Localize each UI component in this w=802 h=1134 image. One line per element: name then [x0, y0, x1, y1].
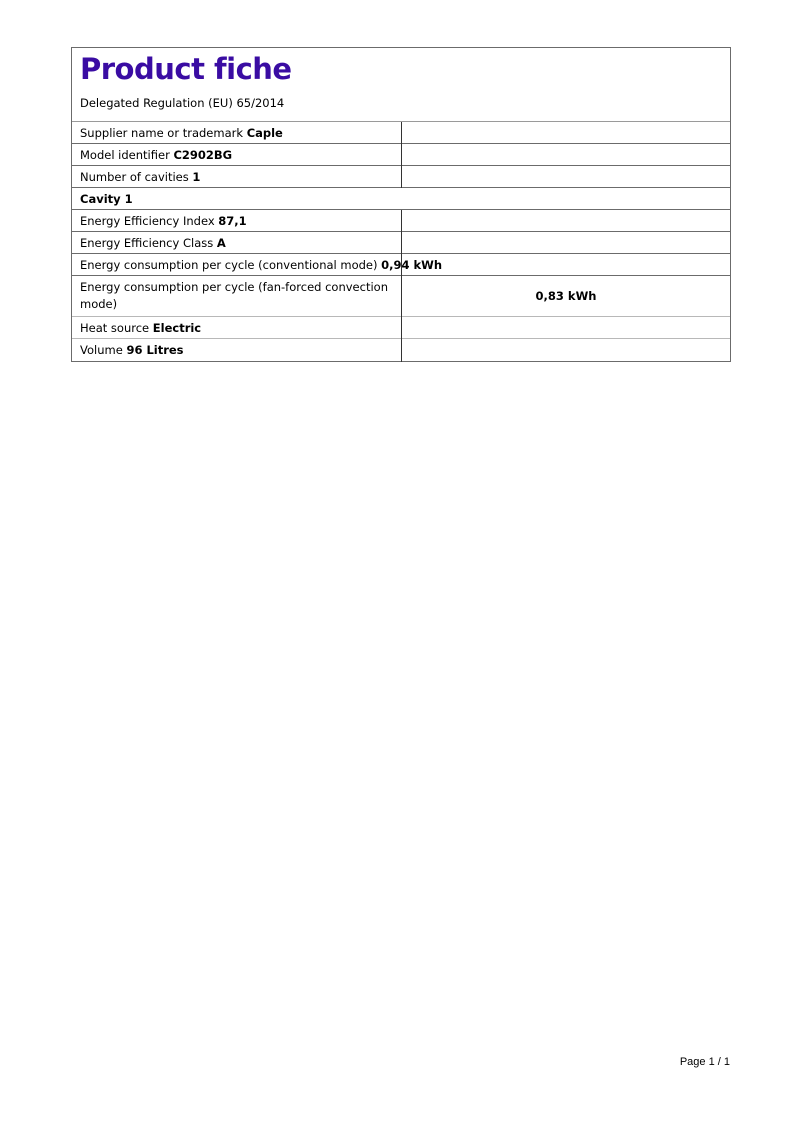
value: A — [217, 236, 226, 250]
column-divider — [401, 210, 402, 232]
right-cell — [402, 144, 730, 165]
value: 0,94 kWh — [381, 258, 442, 272]
page-number: Page 1 / 1 — [680, 1056, 730, 1068]
label: Number of cavities — [80, 170, 189, 184]
row-cavity-heading: Cavity 1 — [72, 188, 730, 210]
cavity-heading: Cavity 1 — [80, 192, 133, 206]
right-cell — [402, 122, 730, 143]
column-divider — [401, 339, 402, 362]
row-model: Model identifier C2902BG — [72, 144, 730, 166]
column-divider — [401, 232, 402, 254]
value: 0,83 kWh — [402, 276, 730, 316]
column-divider — [401, 166, 402, 188]
value: 96 Litres — [126, 343, 183, 357]
page-title: Product fiche — [80, 52, 292, 86]
row-efficiency-class: Energy Efficiency Class A — [72, 232, 730, 254]
right-cell — [402, 254, 730, 275]
label: Energy Efficiency Index — [80, 214, 215, 228]
right-cell — [402, 317, 730, 338]
row-volume: Volume 96 Litres — [72, 339, 730, 361]
label: Supplier name or trademark — [80, 126, 243, 140]
product-fiche-table: Product fiche Delegated Regulation (EU) … — [71, 47, 731, 362]
column-divider — [401, 254, 402, 276]
row-eei: Energy Efficiency Index 87,1 — [72, 210, 730, 232]
label: Energy consumption per cycle (fan-forced… — [80, 279, 390, 313]
row-consumption-fan-forced: Energy consumption per cycle (fan-forced… — [72, 276, 730, 317]
column-divider — [401, 317, 402, 339]
right-cell — [402, 232, 730, 253]
row-cavities: Number of cavities 1 — [72, 166, 730, 188]
value: Electric — [153, 321, 201, 335]
value: C2902BG — [173, 148, 232, 162]
label: Energy consumption per cycle (convention… — [80, 258, 378, 272]
regulation-subtitle: Delegated Regulation (EU) 65/2014 — [80, 96, 284, 110]
value: 1 — [192, 170, 200, 184]
label: Model identifier — [80, 148, 170, 162]
label: Heat source — [80, 321, 149, 335]
right-cell — [402, 210, 730, 231]
row-heat-source: Heat source Electric — [72, 317, 730, 339]
value: Caple — [247, 126, 283, 140]
column-divider — [401, 122, 402, 144]
label: Volume — [80, 343, 123, 357]
row-consumption-conventional: Energy consumption per cycle (convention… — [72, 254, 730, 276]
row-supplier: Supplier name or trademark Caple — [72, 122, 730, 144]
column-divider — [401, 144, 402, 166]
value: 87,1 — [218, 214, 246, 228]
label: Energy Efficiency Class — [80, 236, 213, 250]
fiche-header: Product fiche Delegated Regulation (EU) … — [72, 48, 730, 122]
right-cell — [402, 166, 730, 187]
column-divider — [401, 276, 402, 317]
right-cell — [402, 339, 730, 361]
